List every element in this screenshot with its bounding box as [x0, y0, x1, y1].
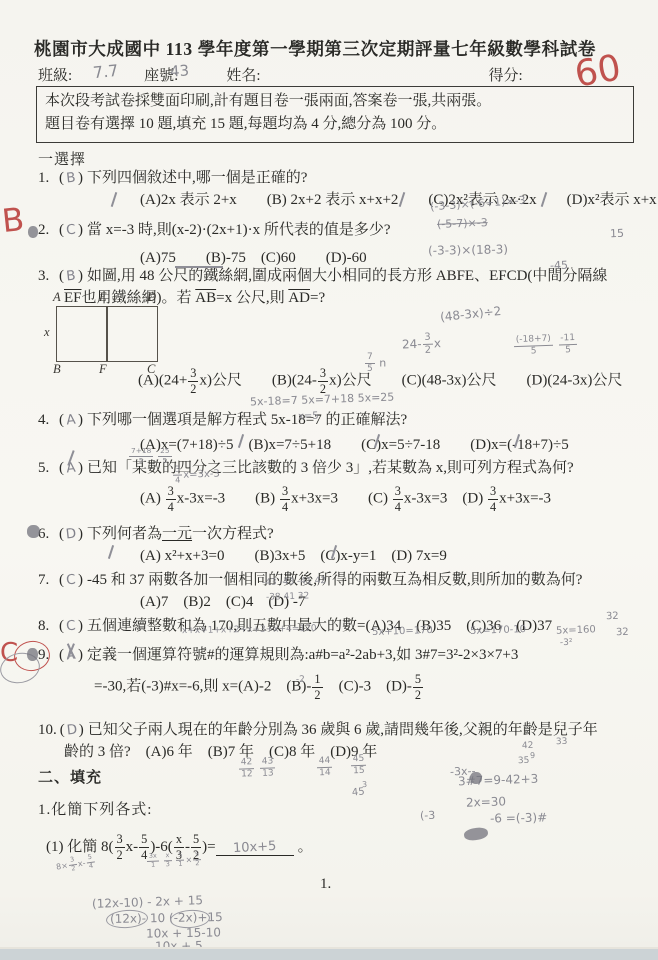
page-title: 桃園市大成國中 113 學年度第一學期第三次定期評量七年級數學科試卷	[34, 36, 596, 61]
handwritten-note: -2	[296, 676, 305, 685]
question-7: 7.(C)-45 和 37 兩數各加一個相同的數後,所得的兩數互為相反數,則所加…	[38, 570, 646, 591]
answer-paren: )	[78, 572, 83, 588]
pencil-mark	[175, 266, 223, 268]
question-number: 7.	[38, 570, 56, 591]
fraction: 4313	[260, 756, 276, 779]
score-label: 得分:	[489, 64, 523, 85]
answer-paren: )	[78, 647, 83, 663]
pencil-mark	[470, 772, 482, 784]
handwritten-note: 5x+10=170	[372, 626, 433, 638]
fraction: 34	[393, 484, 403, 515]
question-options: (A) x²+x+3=0 (B)3x+5 (C)x-y=1 (D) 7x=9	[140, 546, 646, 567]
question-text: 定義一個運算符號#的運算規則為:a#b=a²-2ab+3,如 3#7=3²-2×…	[87, 647, 518, 663]
answer-paren: )	[78, 170, 83, 186]
question-number: 3.	[38, 266, 56, 287]
fraction: 34	[173, 464, 183, 485]
exam-paper: 桃園市大成國中 113 學年度第一學期第三次定期評量七年級數學科試卷 班級:座號…	[0, 0, 658, 960]
handwritten-note: 4212 4313	[238, 756, 277, 780]
question-number: 4.	[38, 410, 56, 431]
handwritten-note: 34x=3x-3	[172, 463, 220, 485]
handwritten-note: -3²	[560, 639, 573, 648]
handwritten-note: x=5	[298, 412, 319, 423]
question-options: (A)x=(7+18)÷5 (B)x=7÷5+18 (C)x=5÷7-18 (D…	[140, 435, 646, 456]
answer-blank: 10x+5	[216, 837, 294, 856]
handwritten-note: 4414	[316, 756, 334, 779]
fraction: 7+185	[129, 447, 153, 466]
question-6: 6.(D)下列何者為一元一次方程式? (A) x²+x+3=0 (B)3x+5 …	[38, 524, 646, 545]
question-number: 2.	[38, 220, 56, 241]
handwritten-note: 10x + 15-10	[146, 926, 221, 939]
question-10: 10.(D)已知父子兩人現在的年齡分別為 36 歲與 6 歲,請問幾年後,父親的…	[38, 720, 646, 741]
handwritten-answer: D	[64, 719, 80, 741]
page-number: 1.	[320, 876, 331, 893]
handwritten-note: 4515	[350, 754, 368, 777]
handwritten-note: (-3-3)×(18-3)	[428, 243, 508, 256]
overline-segment: AB	[195, 290, 216, 306]
fraction: x3	[163, 852, 172, 869]
question-text: 下列四個敘述中,哪一個是正確的?	[87, 170, 307, 186]
handwritten-note: 5x=160	[556, 625, 596, 636]
fraction: 52	[413, 672, 423, 703]
handwritten-fill-answer: 10x+5	[232, 836, 276, 859]
diagram-label-a: A	[53, 290, 61, 305]
fraction: 52	[193, 851, 202, 868]
handwritten-note: 9	[530, 752, 535, 760]
handwritten-note: 32	[616, 628, 629, 638]
diagram-label-d: D	[147, 290, 156, 305]
handwritten-note: 42	[522, 742, 534, 751]
diagram-label-b: B	[53, 362, 61, 377]
exam-notice-box: 本次段考試卷採雙面印刷,計有題目卷一張兩面,答案卷一張,共兩張。 題目卷有選擇 …	[36, 86, 634, 143]
pencil-mark	[27, 525, 40, 538]
fraction: 12	[312, 672, 322, 703]
q3-wire-rectangle-diagram: A E D B F C x	[56, 306, 158, 362]
fraction: 32	[188, 366, 198, 397]
fill-suffix: 。	[298, 839, 313, 855]
answer-paren: )	[78, 222, 83, 238]
question-number: 1.	[38, 168, 56, 189]
handwritten-note: 45	[352, 787, 366, 798]
fraction: 4414	[317, 756, 333, 779]
handwritten-answer: D	[63, 523, 79, 545]
notice-line-1: 本次段考試卷採雙面印刷,計有題目卷一張兩面,答案卷一張,共兩張。	[45, 90, 625, 113]
scanner-edge	[0, 949, 658, 960]
question-text: 下列哪一個選項是解方程式 5x-18=7 的正確解法?	[87, 412, 407, 428]
diagram-label-e: E	[99, 290, 107, 305]
handwritten-note: -6 =(-3)#	[490, 812, 547, 825]
question-number: 10.	[38, 720, 57, 741]
handwritten-note: 24-32x	[402, 331, 442, 357]
handwritten-note: 35	[518, 757, 530, 766]
question-number: 6.	[38, 524, 56, 545]
fill-question-1: (1) 化簡 8(32x-54)-6(x3-52)=10x+5。	[46, 832, 646, 863]
handwritten-answer: C	[63, 615, 79, 637]
fraction: (-18+7)5	[514, 334, 554, 358]
handwritten-answer: B	[63, 167, 79, 189]
fraction: 4212	[239, 757, 255, 780]
fraction: 32	[422, 332, 433, 357]
answer-paren: )	[78, 412, 83, 428]
question-2: 2.(C)當 x=-3 時,則(x-2)·(2x+1)·x 所代表的值是多少? …	[38, 220, 646, 241]
question-number: 8.	[38, 616, 56, 637]
fraction: 51	[176, 852, 185, 869]
question-options: (A)7 (B)2 (C)4 (D) -7	[140, 592, 646, 613]
fraction: 32	[68, 856, 78, 874]
seat-handwritten: 43	[170, 63, 190, 79]
fraction: 54	[85, 853, 95, 871]
class-handwritten: 7.7	[92, 63, 119, 82]
answer-paren: )	[78, 460, 83, 476]
diagram-divider-ef	[106, 307, 108, 361]
handwritten-note: (-5-7)×-3	[437, 217, 488, 230]
score-handwritten: 60	[572, 50, 623, 93]
question-1: 1.(B)下列四個敘述中,哪一個是正確的? (A)2x 表示 2+x (B) 2…	[38, 168, 646, 189]
diagram-label-x: x	[44, 325, 50, 340]
handwritten-note: -45	[550, 260, 568, 272]
fraction: 75	[365, 352, 375, 375]
pencil-mark	[27, 648, 38, 661]
question-text: 下列何者為一元一次方程式?	[87, 526, 274, 542]
simplify-heading: 1.化簡下列各式:	[38, 798, 152, 819]
question-text: 如圖,用 48 公尺的鐵絲網,圍成兩個大小相同的長方形 ABFE、EFCD(中間…	[87, 268, 607, 284]
handwritten-note: -38 41 32	[266, 592, 310, 603]
fraction: 34	[166, 484, 176, 515]
red-correction-q2: B	[0, 203, 25, 237]
section-choice-heading: 一選擇	[38, 148, 86, 169]
handwritten-answer: C	[63, 219, 79, 241]
question-text: -45 和 37 兩數各加一個相同的數後,所得的兩數互為相反數,則所加的數為何?	[87, 572, 582, 588]
question-options: (A)2x 表示 2+x (B) 2x+2 表示 x+x+2 (C)2x²表示 …	[140, 190, 646, 211]
answer-paren: )	[78, 618, 83, 634]
handwritten-answer: C	[63, 569, 79, 591]
handwritten-note: 7+185 255	[128, 447, 173, 466]
question-4: 4.(A)下列哪一個選項是解方程式 5x-18=7 的正確解法? (A)x=(7…	[38, 410, 646, 431]
handwritten-note: 2x=30	[466, 795, 506, 808]
handwritten-note: 15	[610, 228, 624, 239]
handwritten-note: 5x=170-10	[470, 625, 526, 637]
handwritten-note: (-18+7)5 -115	[513, 333, 579, 358]
handwritten-note: (-3	[420, 810, 436, 822]
handwritten-answer: A	[63, 409, 79, 431]
overline-segment: AD	[288, 290, 310, 306]
answer-paren: )	[78, 268, 83, 284]
question-text: 當 x=-3 時,則(x-2)·(2x+1)·x 所代表的值是多少?	[87, 222, 391, 238]
underline-segment: 一元	[162, 526, 192, 542]
question-number: 5.	[38, 458, 56, 479]
question-text-line-2: =-30,若(-3)#x=-6,則 x=(A)-2 (B)-12 (C)-3 (…	[94, 672, 646, 703]
handwritten-note: 3x1 x3 51×52	[146, 851, 203, 870]
fraction: 4515	[351, 754, 367, 777]
fraction: 3x1	[147, 853, 160, 870]
notice-line-2: 題目卷有選擇 10 題,填充 15 題,每題均為 4 分,總分為 100 分。	[45, 113, 625, 136]
class-label: 班級:	[38, 64, 72, 85]
fraction: 32	[115, 832, 125, 863]
handwritten-note: 32	[606, 612, 619, 622]
fraction: -115	[558, 333, 578, 356]
pencil-mark	[28, 226, 38, 238]
answer-paren: )	[78, 526, 83, 542]
overline-segment: EF	[64, 290, 82, 306]
diagram-label-f: F	[99, 362, 107, 377]
handwritten-note: (12x-10) - 2x + 15	[92, 894, 203, 910]
handwritten-note: 33	[556, 738, 568, 747]
fraction: 255	[158, 447, 171, 466]
fraction: 34	[488, 484, 498, 515]
question-9: 9.(A)定義一個運算符號#的運算規則為:a#b=a²-2ab+3,如 3#7=…	[38, 645, 646, 666]
question-8: 8.(C)五個連續整數和為 170,則五數中最大的數=(A)34 (B)35 (…	[38, 616, 646, 637]
section-fill-heading: 二、填充	[38, 766, 102, 787]
name-label: 姓名:	[226, 64, 260, 85]
diagram-label-c: C	[147, 362, 155, 377]
exam-content: 桃園市大成國中 113 學年度第一學期第三次定期評量七年級數學科試卷 班級:座號…	[0, 0, 658, 960]
handwritten-note: 75 n	[364, 352, 386, 375]
question-options: (A) 34x-3x=-3 (B) 34x+3x=3 (C) 34x-3x=3 …	[140, 484, 646, 515]
question-text: 已知父子兩人現在的年齡分別為 36 歲與 6 歲,請問幾年後,父親的年齡是兒子年	[88, 722, 598, 738]
fraction: 34	[280, 484, 290, 515]
handwritten-answer: B	[63, 265, 79, 287]
